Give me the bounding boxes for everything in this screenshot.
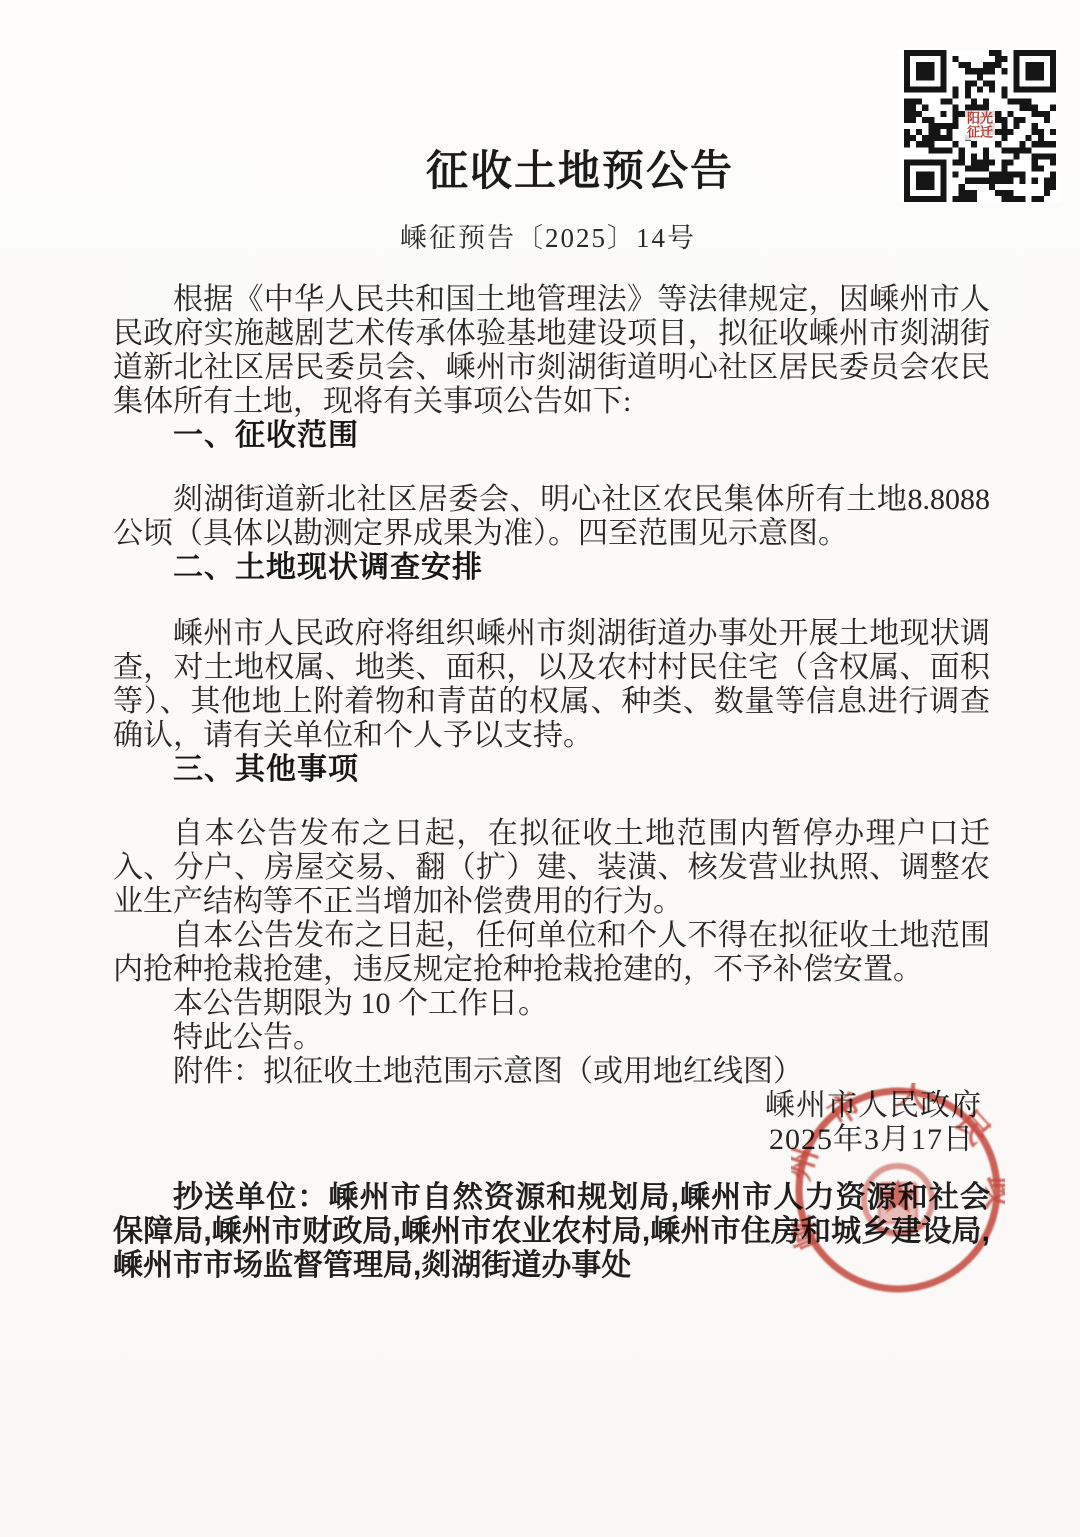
qr-label-line1: 阳光 — [967, 111, 993, 125]
qr-center-label: 阳光 征迁 — [965, 110, 995, 140]
cc-units-paragraph: 抄送单位：嵊州市自然资源和规划局,嵊州市人力资源和社会保障局,嵊州市财政局,嵊州… — [113, 1181, 990, 1283]
section-1-paragraph: 剡湖街道新北社区居委会、明心社区农民集体所有土地8.8088公顷（具体以勘测定界… — [113, 483, 990, 551]
announcement-period-line: 本公告期限为 10 个工作日。 — [113, 987, 990, 1021]
intro-paragraph: 根据《中华人民共和国土地管理法》等法律规定，因嵊州市人民政府实施越剧艺术传承体验… — [113, 283, 990, 419]
document-title: 征收土地预公告 — [40, 138, 1080, 198]
document-body: 根据《中华人民共和国土地管理法》等法律规定，因嵊州市人民政府实施越剧艺术传承体验… — [113, 283, 990, 1283]
section-3-paragraph-2: 自本公告发布之日起，任何单位和个人不得在拟征收土地范围内抢种抢栽抢建，违反规定抢… — [113, 919, 990, 987]
signature-issuer: 嵊州市人民政府 — [113, 1089, 990, 1123]
section-2-paragraph: 嵊州市人民政府将组织嵊州市剡湖街道办事处开展土地现状调查，对土地权属、地类、面积… — [113, 617, 990, 753]
section-1-heading: 一、征收范围 — [113, 419, 990, 453]
hereby-announced-line: 特此公告。 — [113, 1021, 990, 1055]
signature-date: 2025年3月17日 — [113, 1123, 990, 1157]
announcement-page: 阳光 征迁 征收土地预公告 嵊征预告〔2025〕14号 根据《中华人民共和国土地… — [0, 0, 1080, 1537]
section-3-heading: 三、其他事项 — [113, 753, 990, 787]
section-3-paragraph-1: 自本公告发布之日起，在拟征收土地范围内暂停办理户口迁入、分户、房屋交易、翻（扩）… — [113, 817, 990, 919]
section-2-heading: 二、土地现状调查安排 — [113, 551, 990, 585]
document-number: 嵊征预告〔2025〕14号 — [8, 216, 1080, 255]
attachment-line: 附件：拟征收土地范围示意图（或用地红线图） — [113, 1055, 990, 1089]
